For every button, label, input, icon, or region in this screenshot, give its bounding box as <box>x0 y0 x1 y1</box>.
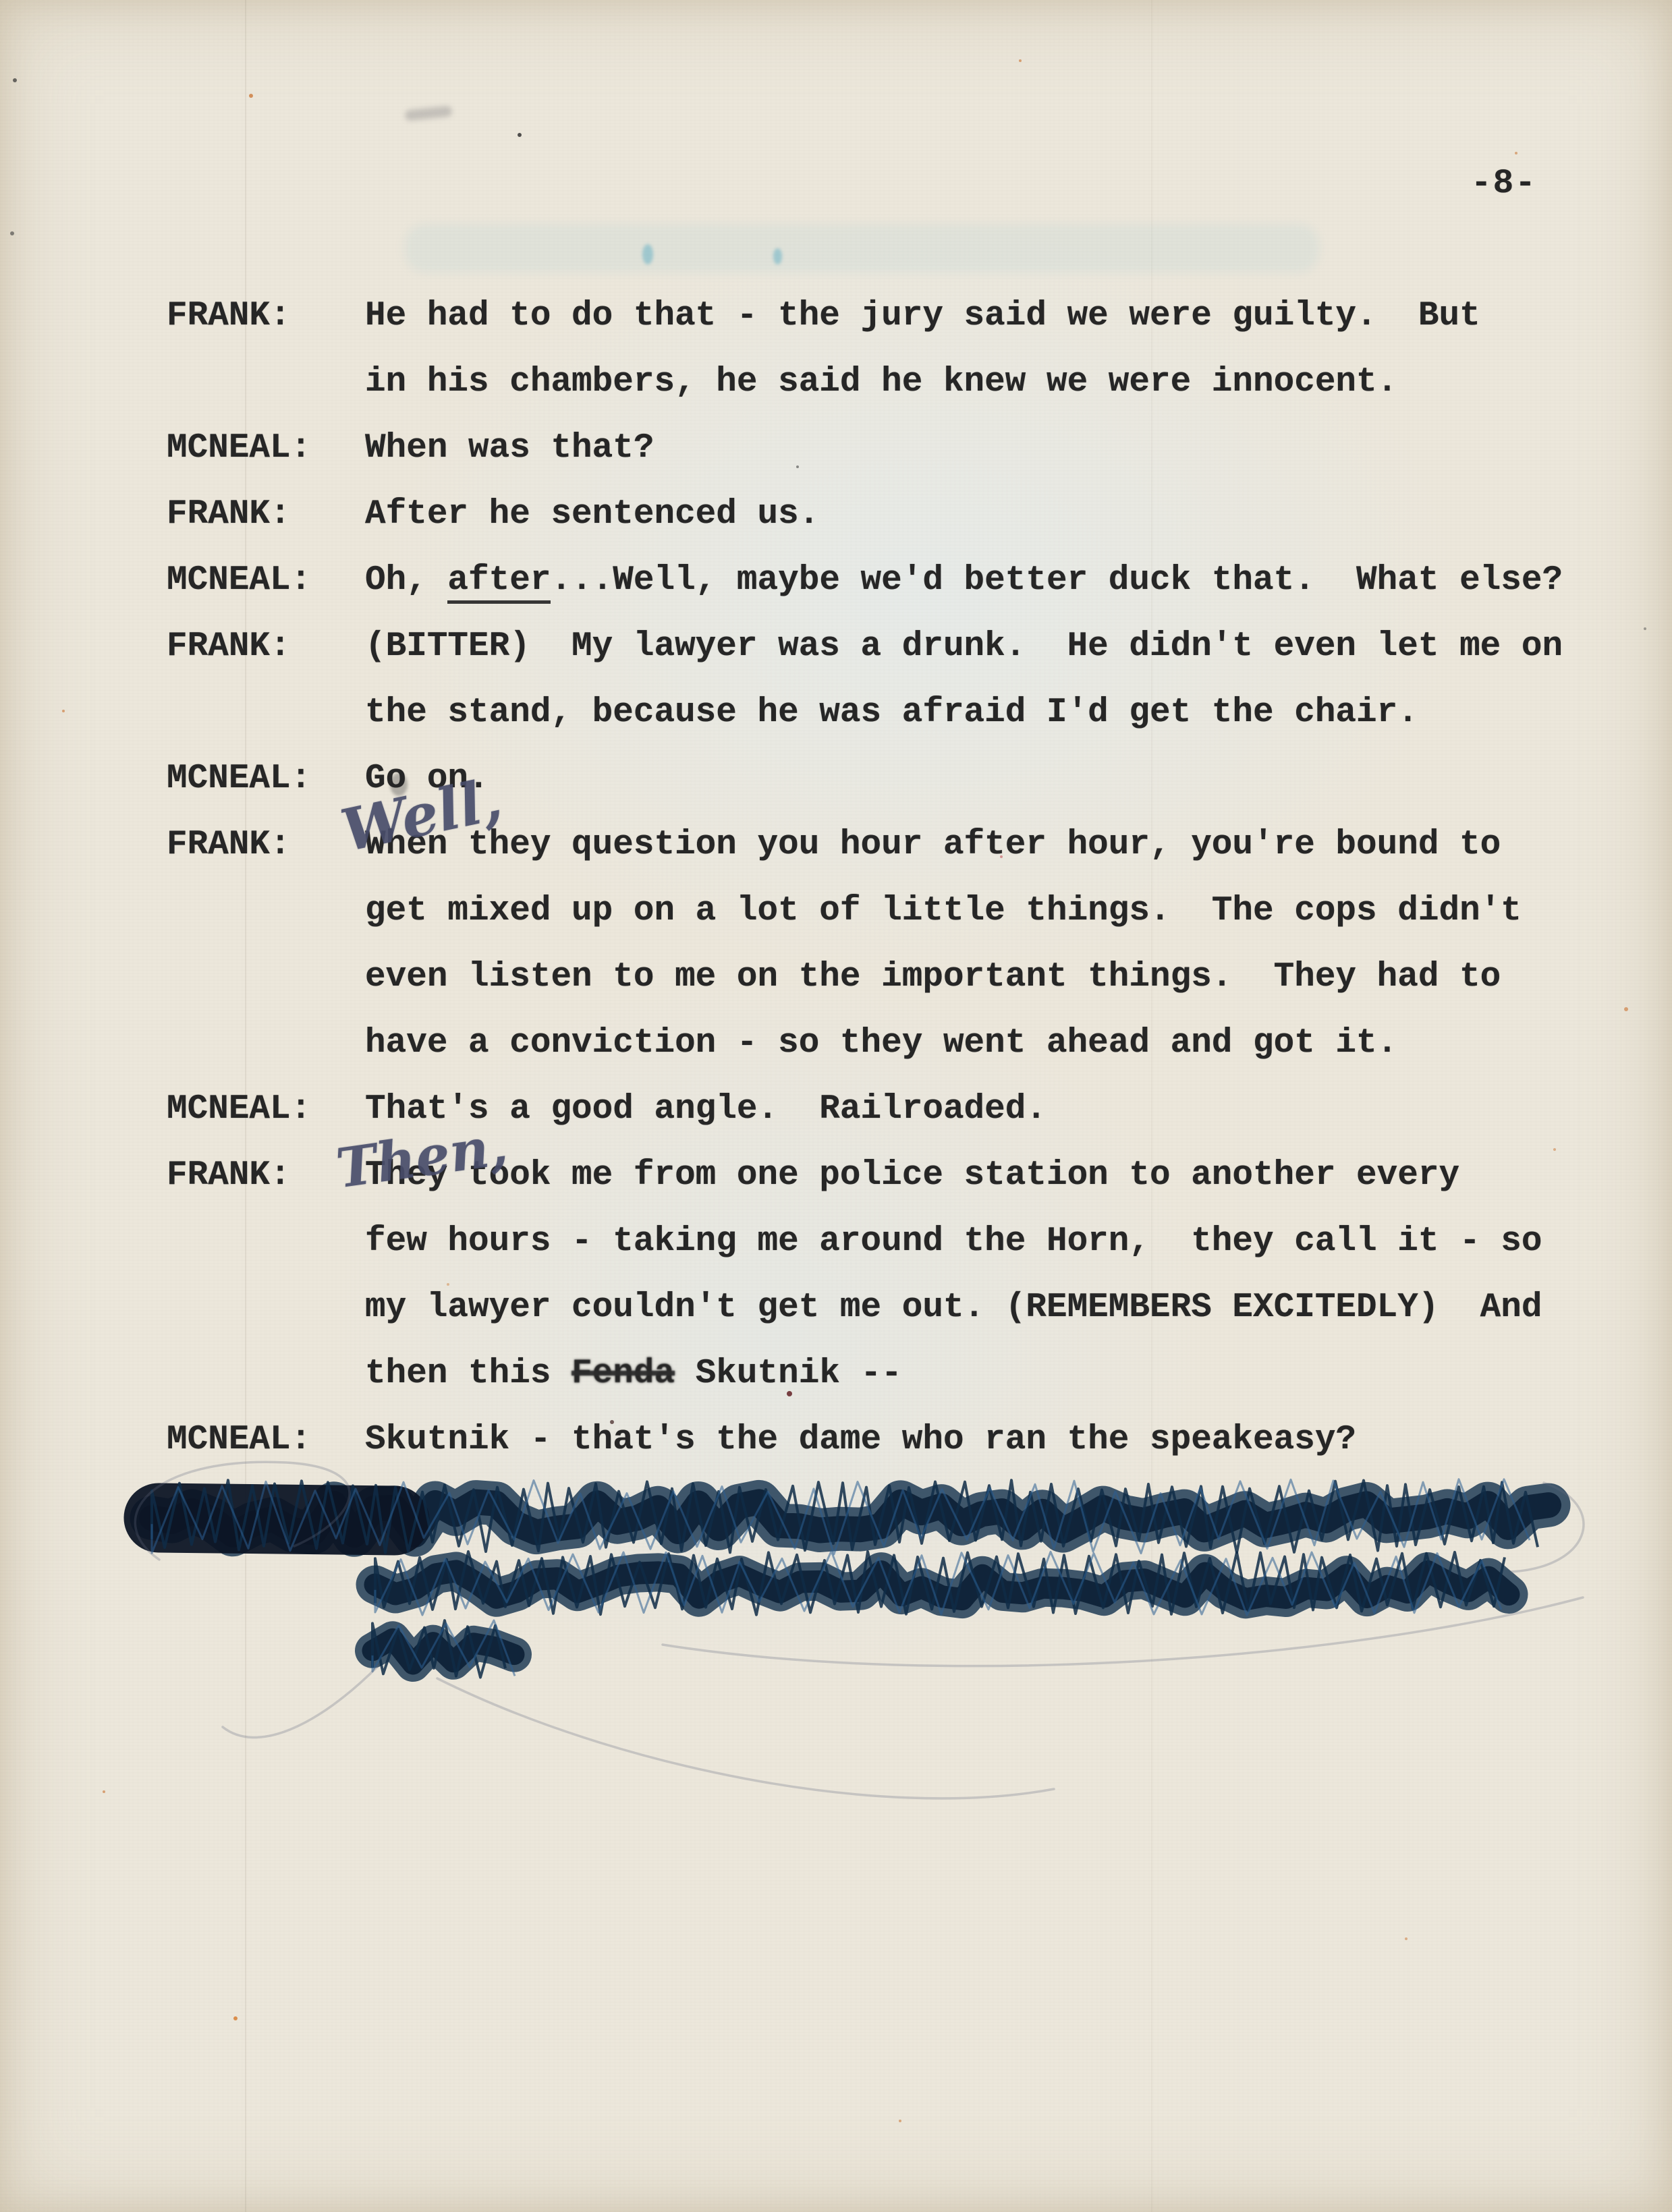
dialogue-text: When was that? <box>365 429 654 467</box>
ink-smudge <box>404 105 452 121</box>
script-line: MCNEAL: That's a good angle. Railroaded. <box>0 1090 1672 1137</box>
paper-specks <box>0 0 3 3</box>
dialogue-text: When they question you hour after hour, … <box>365 826 1501 864</box>
dialogue-text: get mixed up on a lot of little things. … <box>365 892 1522 930</box>
redacted-line-1 <box>152 1479 1550 1554</box>
script-line: FRANK: When they question you hour after… <box>0 826 1672 873</box>
script-line: have a conviction - so they went ahead a… <box>0 1024 1672 1071</box>
dialogue-text: He had to do that - the jury said we wer… <box>365 297 1480 335</box>
script-line: MCNEAL: When was that? <box>0 429 1672 476</box>
dialogue-text: the stand, because he was afraid I'd get… <box>365 693 1418 732</box>
script-line: get mixed up on a lot of little things. … <box>0 892 1672 939</box>
scanned-script-page: { "page": { "number_label": "-8-" }, "co… <box>0 0 1672 2212</box>
faded-stamp-mark <box>773 248 782 264</box>
redacted-line-3 <box>372 1619 515 1680</box>
faded-stamp-mark <box>642 244 653 264</box>
script-line: FRANK: (BITTER) My lawyer was a drunk. H… <box>0 627 1672 675</box>
dialogue-text: They took me from one police station to … <box>365 1156 1459 1195</box>
speaker-label: FRANK: <box>167 297 291 335</box>
script-line: MCNEAL: Skutnik - that's the dame who ra… <box>0 1421 1672 1468</box>
dialogue-text: have a conviction - so they went ahead a… <box>365 1024 1397 1062</box>
speaker-label: FRANK: <box>167 627 291 666</box>
script-line: in his chambers, he said he knew we were… <box>0 363 1672 410</box>
dialogue-text: Skutnik - that's the dame who ran the sp… <box>365 1421 1356 1459</box>
dialogue-text: in his chambers, he said he knew we were… <box>365 363 1397 401</box>
speaker-label: MCNEAL: <box>167 760 311 798</box>
dialogue-text: even listen to me on the important thing… <box>365 958 1501 996</box>
paper-page: -8- FRANK: He had to do that - the jury … <box>0 0 1672 2212</box>
dialogue-text: my lawyer couldn't get me out. (REMEMBER… <box>365 1288 1542 1327</box>
underlined-word: after <box>447 561 551 604</box>
script-line: FRANK: After he sentenced us. <box>0 495 1672 542</box>
script-line: FRANK: He had to do that - the jury said… <box>0 297 1672 344</box>
speaker-label: MCNEAL: <box>167 1421 311 1459</box>
speaker-label: MCNEAL: <box>167 429 311 467</box>
speaker-label: MCNEAL: <box>167 561 311 600</box>
script-line: the stand, because he was afraid I'd get… <box>0 693 1672 741</box>
dialogue-text: (BITTER) My lawyer was a drunk. He didn'… <box>365 627 1563 666</box>
dialogue-text: few hours - taking me around the Horn, t… <box>365 1222 1542 1261</box>
speaker-label: MCNEAL: <box>167 1090 311 1129</box>
script-line: FRANK: They took me from one police stat… <box>0 1156 1672 1203</box>
speaker-label: FRANK: <box>167 495 291 534</box>
dialogue-segment: then this <box>365 1355 572 1393</box>
struck-out-word: Fenda <box>572 1355 675 1393</box>
dialogue-text: then this Fenda Skutnik -- <box>365 1355 902 1393</box>
script-line: even listen to me on the important thing… <box>0 958 1672 1005</box>
redacted-line-2 <box>375 1550 1514 1616</box>
script-line: few hours - taking me around the Horn, t… <box>0 1222 1672 1270</box>
dialogue-segment: Skutnik -- <box>675 1355 902 1393</box>
faded-stamp-ghost <box>405 224 1319 273</box>
speaker-label: FRANK: <box>167 1156 291 1195</box>
script-line: then this Fenda Skutnik -- <box>0 1355 1672 1402</box>
dialogue-text: After he sentenced us. <box>365 495 819 534</box>
script-line: MCNEAL: Go on. <box>0 760 1672 807</box>
speaker-label: FRANK: <box>167 826 291 864</box>
dialogue-text: Oh, after...Well, maybe we'd better duck… <box>365 561 1563 600</box>
dialogue-segment: Oh, <box>365 561 447 600</box>
script-line: my lawyer couldn't get me out. (REMEMBER… <box>0 1288 1672 1336</box>
script-line: MCNEAL: Oh, after...Well, maybe we'd bet… <box>0 561 1672 608</box>
page-number: -8- <box>1471 165 1537 203</box>
dialogue-segment: ...Well, maybe we'd better duck that. Wh… <box>551 561 1563 600</box>
